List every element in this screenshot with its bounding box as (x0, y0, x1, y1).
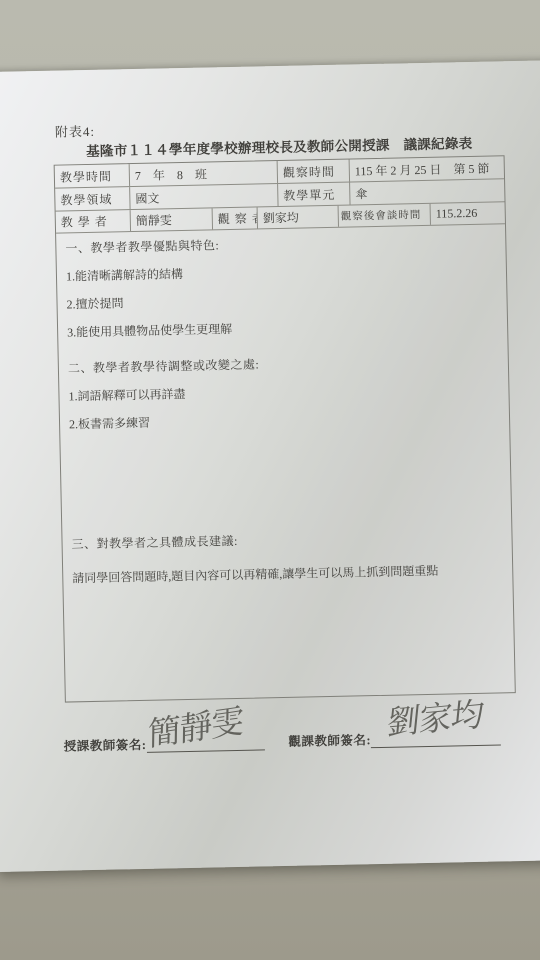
field-value-teaching-time: 7 年 8 班 (130, 161, 278, 186)
section-2-item: 1.詞語解釋可以再詳盡 (68, 380, 498, 404)
field-value-post-observation-meeting-time: 115.2.26 (431, 202, 505, 225)
section-1-item: 3.能使用具體物品使學生更理解 (67, 316, 497, 340)
paper-sheet: 附表4: 基隆市１１４學年度學校辦理校長及教師公開授課 議課紀錄表 教學時間 7… (0, 60, 540, 872)
field-label-teaching-domain: 教學領域 (55, 187, 130, 211)
field-label-observation-time: 觀察時間 (278, 159, 350, 183)
section-3-item: 請同學回答問題時,題目內容可以再精確,讓學生可以馬上抓到問題重點 (72, 562, 502, 586)
record-table: 教學時間 7 年 8 班 觀察時間 115 年 2 月 25 日 第 5 節 教… (54, 155, 516, 702)
field-label-teaching-unit: 教學單元 (278, 182, 350, 206)
section-1-heading: 一、教學者教學優點與特色: (65, 232, 495, 256)
field-label-teaching-time: 教學時間 (55, 164, 130, 188)
form-content: 附表4: 基隆市１１４學年度學校辦理校長及教師公開授課 議課紀錄表 教學時間 7… (0, 60, 540, 872)
comments-area: 一、教學者教學優點與特色: 1.能清晰講解詩的結構 2.擅於提問 3.能使用具體… (56, 224, 515, 703)
teacher-signature-label: 授課教師簽名: (64, 738, 147, 754)
observer-handwritten-signature: 劉家均 (385, 688, 485, 744)
section-2-heading: 二、教學者教學待調整或改變之處: (68, 352, 498, 376)
appendix-label: 附表4: (55, 121, 96, 141)
photographed-document: 附表4: 基隆市１１４學年度學校辦理校長及教師公開授課 議課紀錄表 教學時間 7… (0, 0, 540, 960)
section-1-item: 1.能清晰講解詩的結構 (66, 260, 496, 284)
field-value-observation-time: 115 年 2 月 25 日 第 5 節 (350, 156, 504, 181)
field-label-post-observation-meeting-time: 觀察後會談時間 (339, 204, 431, 227)
field-label-teacher: 教 學 者 (56, 210, 131, 233)
section-2-item: 2.板書需多練習 (69, 408, 499, 432)
field-value-teaching-unit: 傘 (350, 179, 504, 204)
field-value-teacher: 簡靜雯 (131, 208, 213, 231)
section-3-heading: 三、對教學者之具體成長建議: (71, 528, 501, 552)
section-1-item: 2.擅於提問 (66, 288, 496, 312)
field-label-observer: 觀 察 者 (213, 207, 258, 229)
field-value-observer: 劉家均 (258, 206, 339, 229)
field-value-teaching-domain: 國文 (130, 184, 278, 209)
observer-signature-label: 觀課教師簽名: (288, 733, 371, 749)
